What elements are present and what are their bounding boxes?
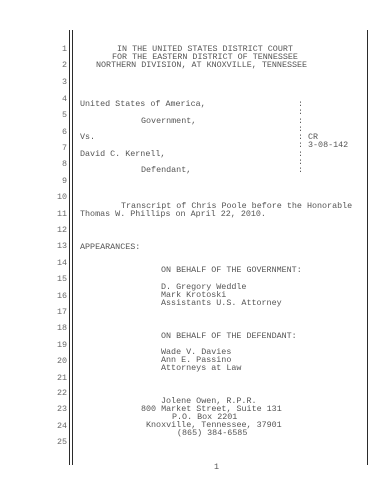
line-number: 14	[50, 258, 67, 268]
line-number: 20	[50, 356, 67, 366]
plaintiff-role: Government,	[141, 116, 196, 126]
left-margin-rule-inner	[72, 30, 73, 465]
plaintiff-name: United States of America,	[80, 99, 206, 109]
line-number: 13	[50, 241, 67, 251]
line-number: 25	[50, 437, 67, 447]
line-number: 24	[50, 421, 67, 431]
line-number: 10	[50, 192, 67, 202]
left-margin-rule-outer	[69, 30, 70, 465]
line-number: 22	[50, 388, 67, 398]
page-number: 1	[214, 462, 219, 472]
line-number: 3	[50, 77, 67, 87]
defendant-name: David C. Kernell,	[80, 149, 165, 159]
intro-line-2: Thomas W. Phillips on April 22, 2010.	[80, 209, 266, 219]
line-number: 8	[50, 159, 67, 169]
right-margin-rule	[367, 30, 368, 465]
line-number: 4	[50, 94, 67, 104]
defendant-heading: ON BEHALF OF THE DEFENDANT:	[161, 331, 297, 341]
defendant-role: Defendant,	[141, 165, 191, 175]
case-number: 3-08-142	[308, 140, 348, 150]
line-number: 15	[50, 274, 67, 284]
line-number: 7	[50, 143, 67, 153]
defense-attorney-title: Attorneys at Law	[161, 363, 241, 373]
reporter-phone: (865) 384-6585	[177, 428, 247, 438]
court-line-3: NORTHERN DIVISION, AT KNOXVILLE, TENNESS…	[96, 60, 307, 70]
line-number: 21	[50, 373, 67, 383]
line-number: 1	[50, 44, 67, 54]
line-number: 11	[50, 209, 67, 219]
line-number: 12	[50, 225, 67, 235]
line-number: 18	[50, 323, 67, 333]
line-number: 19	[50, 340, 67, 350]
line-number: 16	[50, 291, 67, 301]
line-number: 6	[50, 127, 67, 137]
line-number: 9	[50, 176, 67, 186]
line-number: 17	[50, 307, 67, 317]
transcript-page: 1 2 3 4 5 6 7 8 9 10 11 12 13 14 15 16 1…	[0, 0, 386, 500]
versus-label: Vs.	[80, 132, 95, 142]
government-heading: ON BEHALF OF THE GOVERNMENT:	[161, 265, 302, 275]
line-number: 23	[50, 404, 67, 414]
line-number: 5	[50, 110, 67, 120]
appearances-heading: APPEARANCES:	[80, 242, 140, 252]
government-attorney-title: Assistants U.S. Attorney	[161, 298, 282, 308]
line-number: 2	[50, 60, 67, 70]
caption-colon: :	[298, 165, 303, 175]
